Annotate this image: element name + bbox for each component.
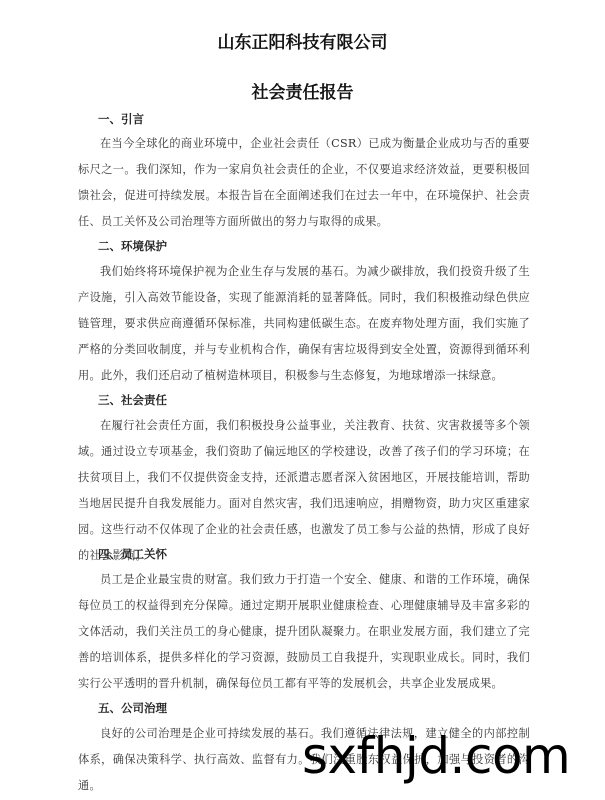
company-name: 山东正阳科技有限公司 <box>0 28 605 53</box>
section-heading-corporate-governance: 五、公司治理 <box>98 700 167 716</box>
section-body-employee-care: 员工是企业最宝贵的财富。我们致力于打造一个安全、健康、和谐的工作环境，确保每位员… <box>78 567 530 697</box>
section-heading-introduction: 一、引言 <box>98 111 144 127</box>
section-heading-employee-care: 四、员工关怀 <box>98 546 167 562</box>
section-body-environment: 我们始终将环境保护视为企业生存与发展的基石。为减少碳排放，我们投资升级了生产设施… <box>78 259 530 389</box>
section-heading-environment: 二、环境保护 <box>98 238 167 254</box>
watermark-text: sxfhjd.com <box>302 726 570 786</box>
document-page: 山东正阳科技有限公司 社会责任报告 一、引言 在当今全球化的商业环境中，企业社会… <box>0 0 605 800</box>
section-body-introduction: 在当今全球化的商业环境中，企业社会责任（CSR）已成为衡量企业成功与否的重要标尺… <box>78 131 530 235</box>
report-title: 社会责任报告 <box>0 78 605 103</box>
section-heading-social-responsibility: 三、社会责任 <box>98 392 167 408</box>
